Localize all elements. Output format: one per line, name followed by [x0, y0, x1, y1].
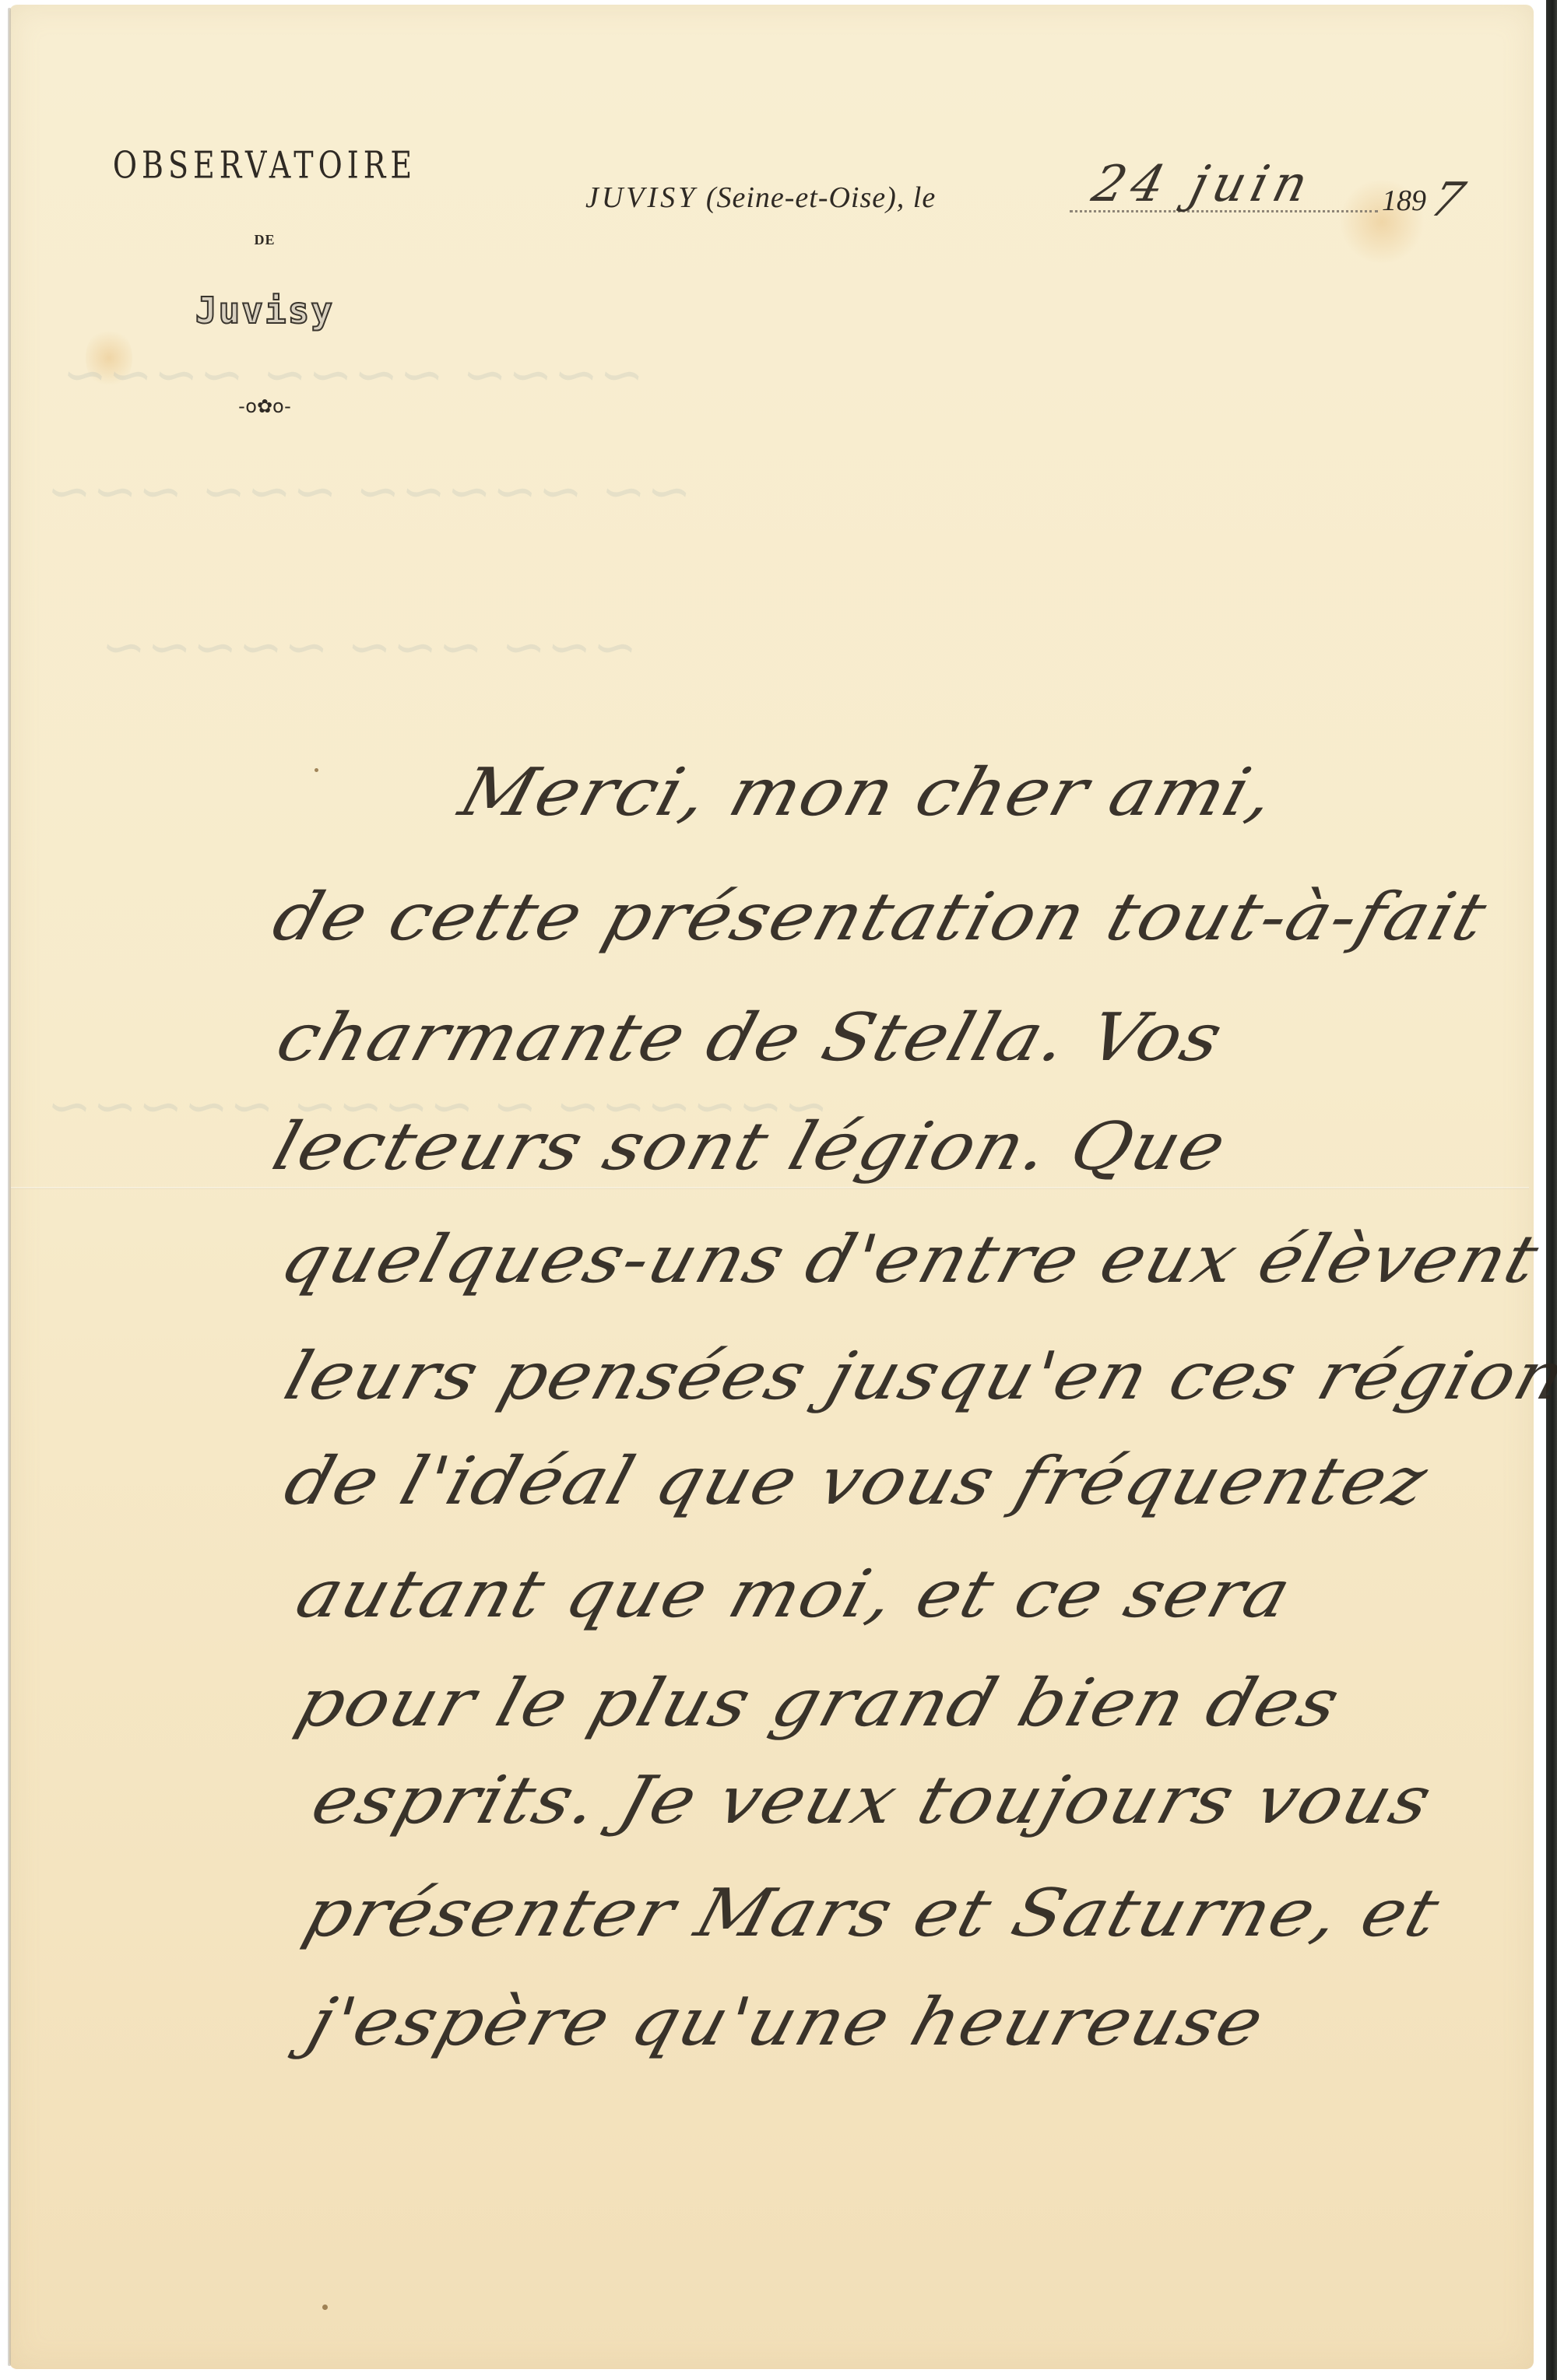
letter-line: pour le plus grand bien des [288, 1665, 1349, 1741]
bleed-through-text: ~~ ~~~~~ ~~~ ~~~ [40, 459, 699, 523]
letter-line: j'espère qu'une heureuse [300, 1984, 1274, 2060]
fold-crease [11, 1187, 1529, 1189]
letter-line: Merci, mon cher ami, [452, 754, 1285, 830]
letterhead-de: DE [78, 232, 452, 248]
letter-line: de l'idéal que vous fréquentez [276, 1443, 1437, 1519]
place-line: JUVISY (Seine-et-Oise), le [585, 181, 936, 215]
letter-line: esprits. Je veux toujours vous [304, 1762, 1441, 1838]
place-region: (Seine-et-Oise), le [706, 181, 936, 214]
ink-speck [322, 2305, 328, 2310]
ink-speck [315, 768, 318, 772]
place-city: JUVISY [585, 181, 698, 214]
handwritten-date: 24 juin [1087, 156, 1320, 213]
scan-edge-strip [1546, 0, 1557, 2380]
letter-line: de cette présentation tout-à-fait [265, 879, 1496, 955]
letter-line: quelques-uns d'entre eux élèvent [272, 1221, 1548, 1297]
letterhead-observatoire: OBSERVATOIRE [78, 144, 452, 187]
printed-year-prefix: 189 [1382, 184, 1426, 218]
flower-ornament-icon: -o✿o- [78, 395, 452, 417]
letter-line: présenter Mars et Saturne, et [296, 1875, 1449, 1951]
letter-line: charmante de Stella. Vos [269, 999, 1232, 1076]
letterhead-juvisy: Juvisy [78, 290, 452, 332]
letter-line: autant que moi, et ce sera [288, 1556, 1300, 1632]
letter-line: lecteurs sont légion. Que [265, 1108, 1235, 1185]
bleed-through-text: ~~~ ~~~ ~~~~~ [94, 615, 645, 679]
letter-line: leurs pensées jusqu'en ces régions [276, 1338, 1557, 1414]
